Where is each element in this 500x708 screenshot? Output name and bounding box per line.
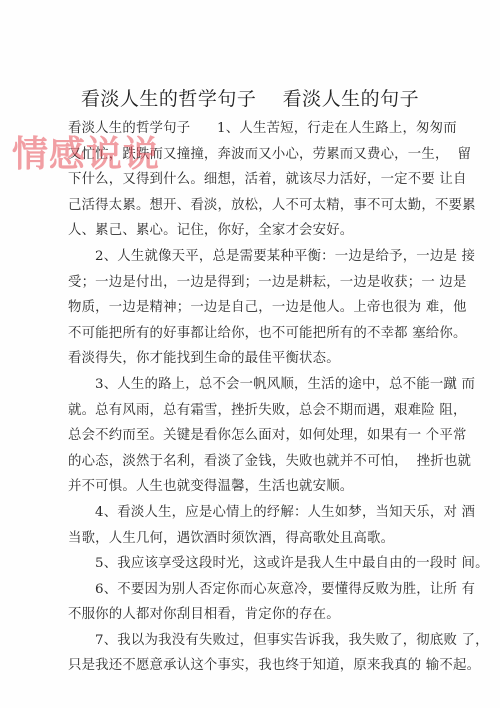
body-line: 总会不约而至。关键是看你怎么面对，如何处理，如果有一 个平常 <box>68 423 434 449</box>
body-line: 不服你的人都对你刮目相看，肯定你的存在。 <box>68 602 434 628</box>
body-line: 受；一边是付出，一边是得到；一边是耕耘，一边是收获；一 边是 <box>68 270 434 296</box>
body-line: 就。总有风雨，总有霜雪，挫折失败，总会不期而遇，艰难险 阻， <box>68 398 434 424</box>
body-line: 3、人生的路上，总不会一帆风顺，生活的途中，总不能一蹴 而 <box>68 372 434 398</box>
body-line: 看淡人生的哲学句子 1、人生苦短，行走在人生路上，匆匆而 <box>68 116 434 142</box>
body-line: 6、不要因为别人否定你而心灰意冷，要懂得反败为胜，让所 有 <box>68 577 434 603</box>
body-line: 人、累己、累心。记住，你好，全家才会安好。 <box>68 218 434 244</box>
body-line: 只是我还不愿意承认这个事实，我也终于知道，原来我真的 输不起。 <box>68 653 434 679</box>
body-line: 物质，一边是精神；一边是自己，一边是他人。上帝也很为 难，他 <box>68 295 434 321</box>
document-title: 看淡人生的哲学句子 看淡人生的句子 <box>0 84 500 111</box>
body-line: 2、人生就像天平，总是需要某种平衡：一边是给予，一边是 接 <box>68 244 434 270</box>
body-line: 当歌，人生几何，遇饮酒时须饮酒，得高歌处且高歌。 <box>68 526 434 552</box>
document-body: 看淡人生的哲学句子 1、人生苦短，行走在人生路上，匆匆而 又忙忙，跌跌而又撞撞，… <box>68 116 434 679</box>
body-line: 又忙忙，跌跌而又撞撞，奔波而又小心，劳累而又费心，一生， 留 <box>68 142 434 168</box>
document-page: 看淡人生的哲学句子 看淡人生的句子 看淡人生的哲学句子 1、人生苦短，行走在人生… <box>0 0 500 708</box>
body-line: 己活得太累。想开、看淡，放松，人不可太精，事不可太勤，不要累 <box>68 193 434 219</box>
body-line: 5、我应该享受这段时光，这或许是我人生中最自由的一段时 间。 <box>68 551 434 577</box>
body-line: 7、我以为我没有失败过，但事实告诉我，我失败了，彻底败 了， <box>68 628 434 654</box>
body-line: 的心态，淡然于名利，看淡了金钱，失败也就并不可怕， 挫折也就 <box>68 449 434 475</box>
body-line: 并不可惧。人生也就变得温馨，生活也就安顺。 <box>68 474 434 500</box>
body-line: 4、看淡人生，应是心情上的纾解：人生如梦，当知天乐，对 酒 <box>68 500 434 526</box>
body-line: 看淡得失，你才能找到生命的最佳平衡状态。 <box>68 346 434 372</box>
body-line: 下什么，又得到什么。细想，活着，就该尽力活好，一定不要 让自 <box>68 167 434 193</box>
body-line: 不可能把所有的好事都让给你，也不可能把所有的不幸都 塞给你。 <box>68 321 434 347</box>
